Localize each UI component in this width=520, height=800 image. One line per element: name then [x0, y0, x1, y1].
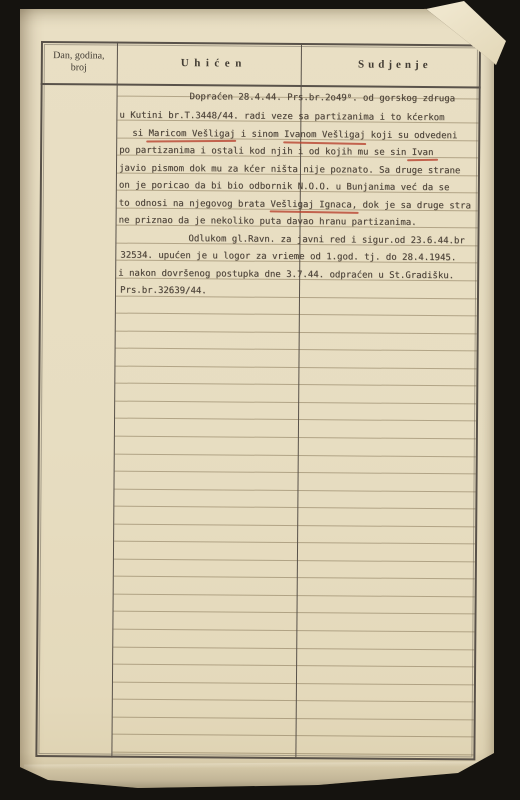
paper-bottom-curl	[20, 752, 494, 788]
red-underline	[407, 158, 438, 161]
red-underline	[283, 141, 366, 145]
record-form-table: Dan, godina, broj Uhićen Sudjenje Doprać…	[35, 41, 481, 760]
document-page: Dan, godina, broj Uhićen Sudjenje Doprać…	[20, 9, 494, 788]
scan-background: Dan, godina, broj Uhićen Sudjenje Doprać…	[0, 0, 520, 800]
red-underline	[270, 210, 359, 213]
red-underline-annotations	[35, 41, 481, 760]
red-underline	[146, 139, 236, 142]
